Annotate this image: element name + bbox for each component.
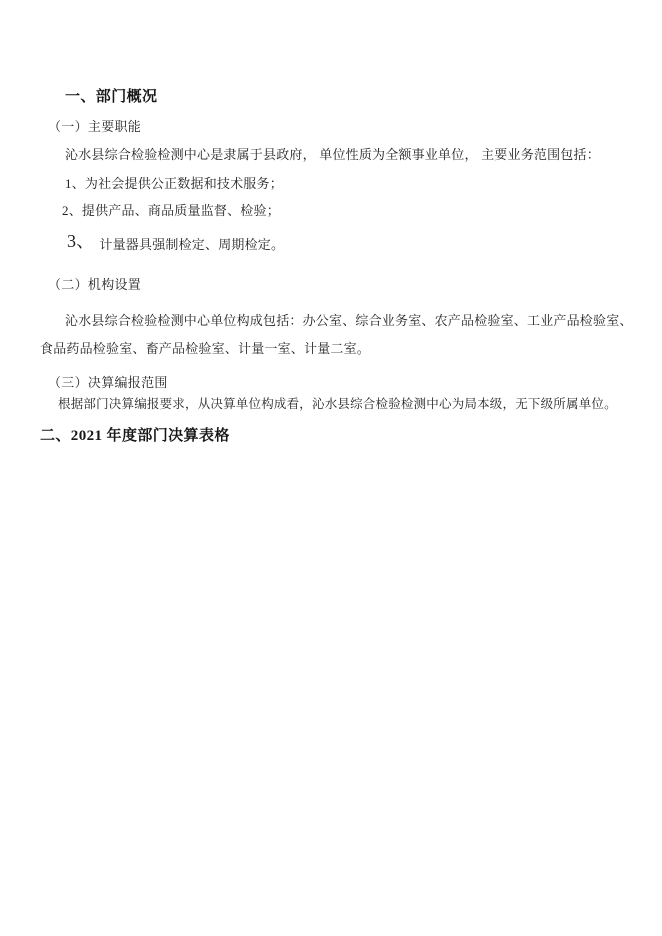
para-main-functions: 沁水县综合检验检测中心是隶属于县政府， 单位性质为全额事业单位， 主要业务范围包…: [65, 147, 600, 163]
list-item-3-number: 3、: [67, 231, 94, 251]
sub1-heading-main-functions: （一）主要职能: [48, 119, 141, 135]
sub2-heading-organization: （二）机构设置: [48, 277, 141, 293]
document-page: 一、部门概况 （一）主要职能 沁水县综合检验检测中心是隶属于县政府， 单位性质为…: [0, 0, 662, 936]
para-organization-line1: 沁水县综合检验检测中心单位构成包括：办公室、综合业务室、农产品检验室、工业产品检…: [65, 313, 633, 329]
para-report-scope: 根据部门决算编报要求，从决算单位构成看，沁水县综合检验检测中心为局本级，无下级所…: [58, 396, 617, 412]
section1-heading: 一、部门概况: [65, 88, 157, 106]
sub3-heading-report-scope: （三）决算编报范围: [48, 375, 168, 391]
list-item-1: 1、为社会提供公正数据和技术服务；: [65, 176, 283, 192]
list-item-3: 3、计量器具强制检定、周期检定。: [67, 235, 284, 253]
section2-heading: 二、2021 年度部门决算表格: [40, 427, 230, 445]
para-organization-line2: 食品药品检验室、畜产品检验室、计量一室、计量二室。: [40, 341, 370, 357]
list-item-3-text: 计量器具强制检定、周期检定。: [99, 237, 284, 252]
list-item-2: 2、提供产品、商品质量监督、检验；: [62, 203, 280, 219]
